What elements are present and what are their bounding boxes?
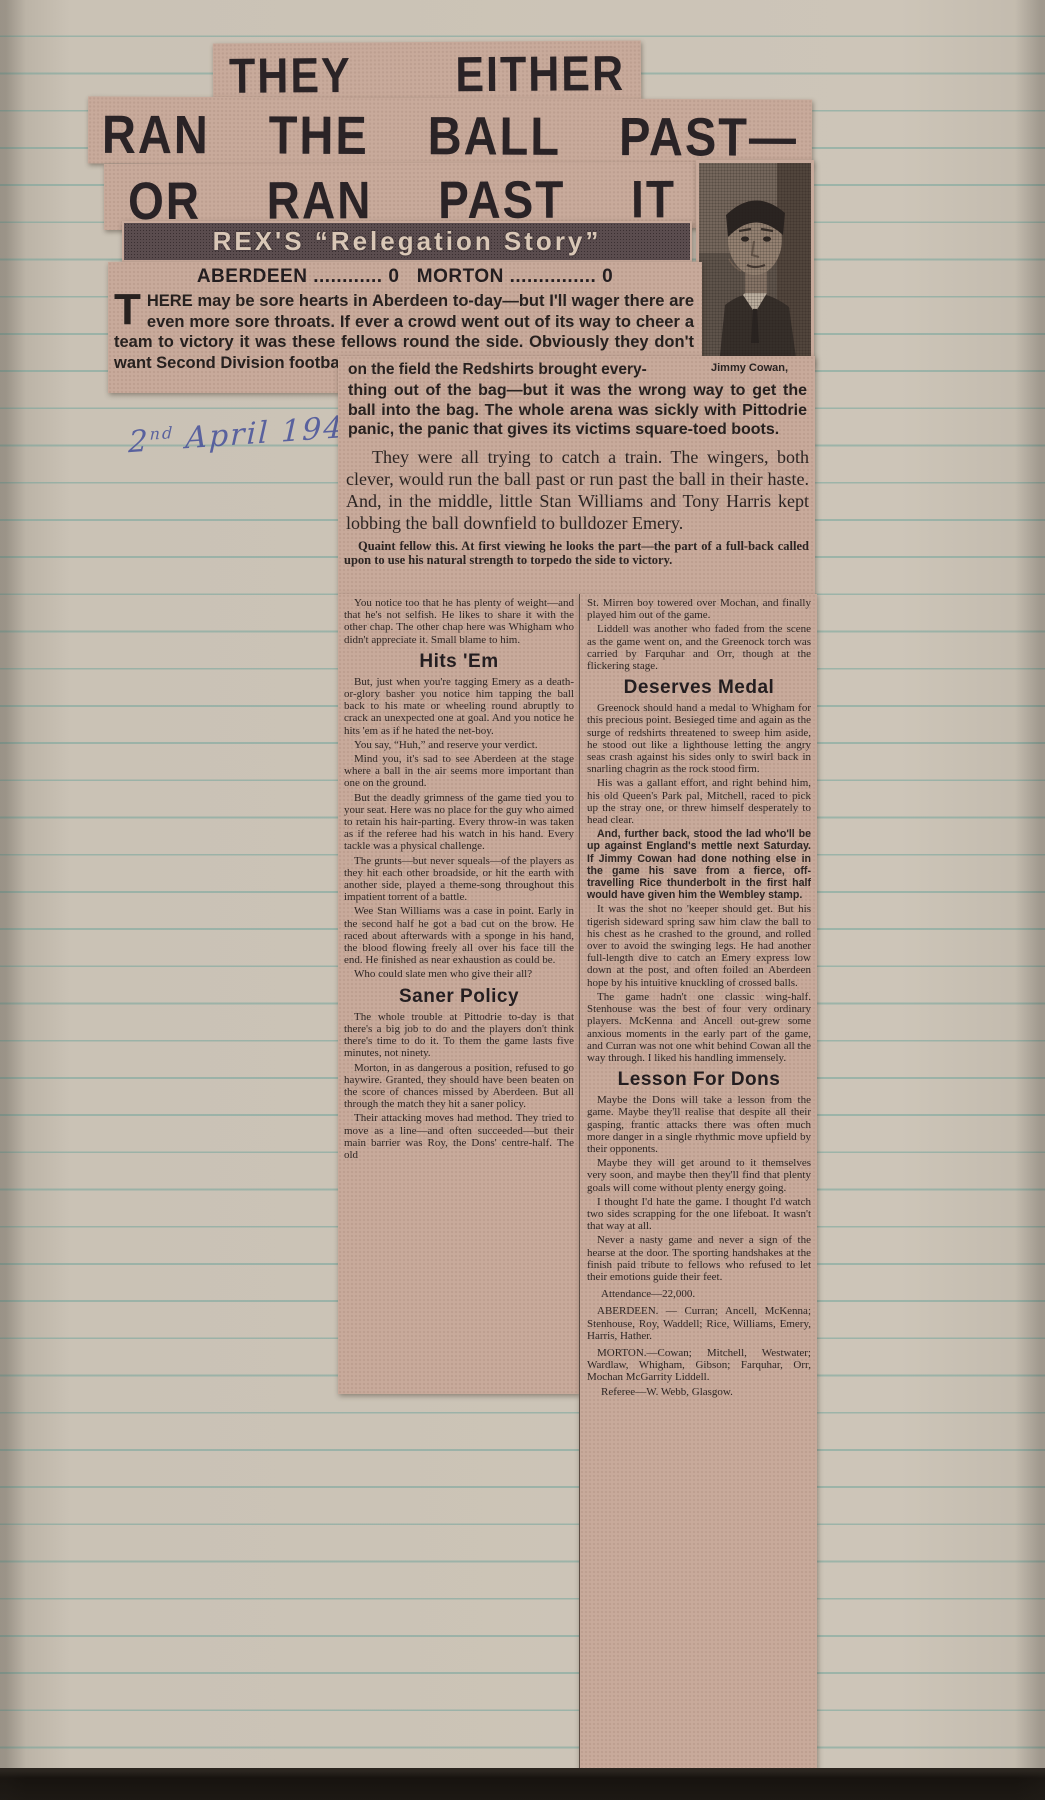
headline-strip-2: RAN THE BALL PAST— [88,96,812,166]
right-col-para-2: Liddell was another who faded from the s… [587,623,811,672]
referee-line: Referee—W. Webb, Glasgow. [587,1386,811,1398]
right-col-para-11: Never a nasty game and never a sign of t… [587,1234,811,1283]
photo-clipping [696,160,814,368]
section-heading-saner-policy: Saner Policy [344,986,574,1007]
photo-caption: Jimmy Cowan, [711,362,807,374]
aberdeen-team-line: ABERDEEN. — Curran; Ancell, McKenna; Ste… [587,1305,811,1342]
left-col-para-6: The grunts—but never squeals—of the play… [344,855,574,904]
left-col-para-10: Morton, in as dangerous a position, refu… [344,1062,574,1111]
left-col-para-11: Their attacking moves had method. They t… [344,1112,574,1161]
banner-title: REX'S “Relegation Story” [124,223,690,260]
right-col-para-1: St. Mirren boy towered over Mochan, and … [587,597,811,621]
right-col-para-10: I thought I'd hate the game. I thought I… [587,1196,811,1233]
lead-paragraph-3: thing out of the bag—but it was the wron… [348,381,807,440]
section-heading-deserves-medal: Deserves Medal [587,677,811,698]
morton-team-line: MORTON.—Cowan; Mitchell, Westwater; Ward… [587,1347,811,1384]
right-column-clipping: St. Mirren boy towered over Mochan, and … [579,594,817,1782]
headline-line-2: RAN THE BALL PAST— [88,96,812,165]
banner-strip: REX'S “Relegation Story” [122,221,692,262]
left-col-para-4: Mind you, it's sad to see Aberdeen at th… [344,753,574,790]
left-col-para-5: But the deadly grimness of the game tied… [344,792,574,853]
album-edge [0,1768,1045,1800]
left-col-para-1: You notice too that he has plenty of wei… [344,597,574,646]
headline-line-1: THEY EITHER [213,41,641,104]
headline-line-3: OR RAN PAST IT [104,162,700,229]
right-col-para-5: And, further back, stood the lad who'll … [587,828,811,901]
headline-strip-3: OR RAN PAST IT [104,162,700,230]
right-col-para-8: Maybe the Dons will take a lesson from t… [587,1094,811,1155]
left-column-clipping: You notice too that he has plenty of wei… [338,594,579,1394]
left-col-para-9: The whole trouble at Pittodrie to-day is… [344,1011,574,1060]
left-col-para-7: Wee Stan Williams was a case in point. E… [344,905,574,966]
left-col-para-8: Who could slate men who give their all? [344,968,574,980]
intro-small-paragraph: Quaint fellow this. At first viewing he … [344,539,809,568]
right-col-para-3: Greenock should hand a medal to Whigham … [587,702,811,775]
right-col-para-6: It was the shot no 'keeper should get. B… [587,903,811,988]
right-col-para-4: His was a gallant effort, and right behi… [587,777,811,826]
section-heading-lesson-for-dons: Lesson For Dons [587,1069,811,1090]
scoreline: ABERDEEN ............ 0 MORTON .........… [108,265,702,289]
mid-clipping: Jimmy Cowan, on the field the Redshirts … [338,356,815,594]
left-col-para-2: But, just when you're tagging Emery as a… [344,676,574,737]
scrapbook-page: THEY EITHER RAN THE BALL PAST— OR RAN PA… [0,0,1045,1800]
handwritten-date-number: 2 [128,424,150,461]
section-heading-hits-em: Hits 'Em [344,651,574,672]
right-col-para-9: Maybe they will get around to it themsel… [587,1157,811,1194]
intro-serif-paragraph: They were all trying to catch a train. T… [346,446,809,534]
left-col-para-3: You say, “Huh,” and reserve your verdict… [344,739,574,751]
player-photo [699,163,811,365]
lead-dropcap: T [114,293,141,327]
handwritten-date-ordinal: nd [149,423,174,444]
lead-paragraph-2: on the field the Redshirts brought every… [348,360,705,380]
headline-strip-1: THEY EITHER [213,41,641,104]
right-col-para-7: The game hadn't one classic wing-half. S… [587,991,811,1064]
attendance-line: Attendance—22,000. [587,1288,811,1300]
